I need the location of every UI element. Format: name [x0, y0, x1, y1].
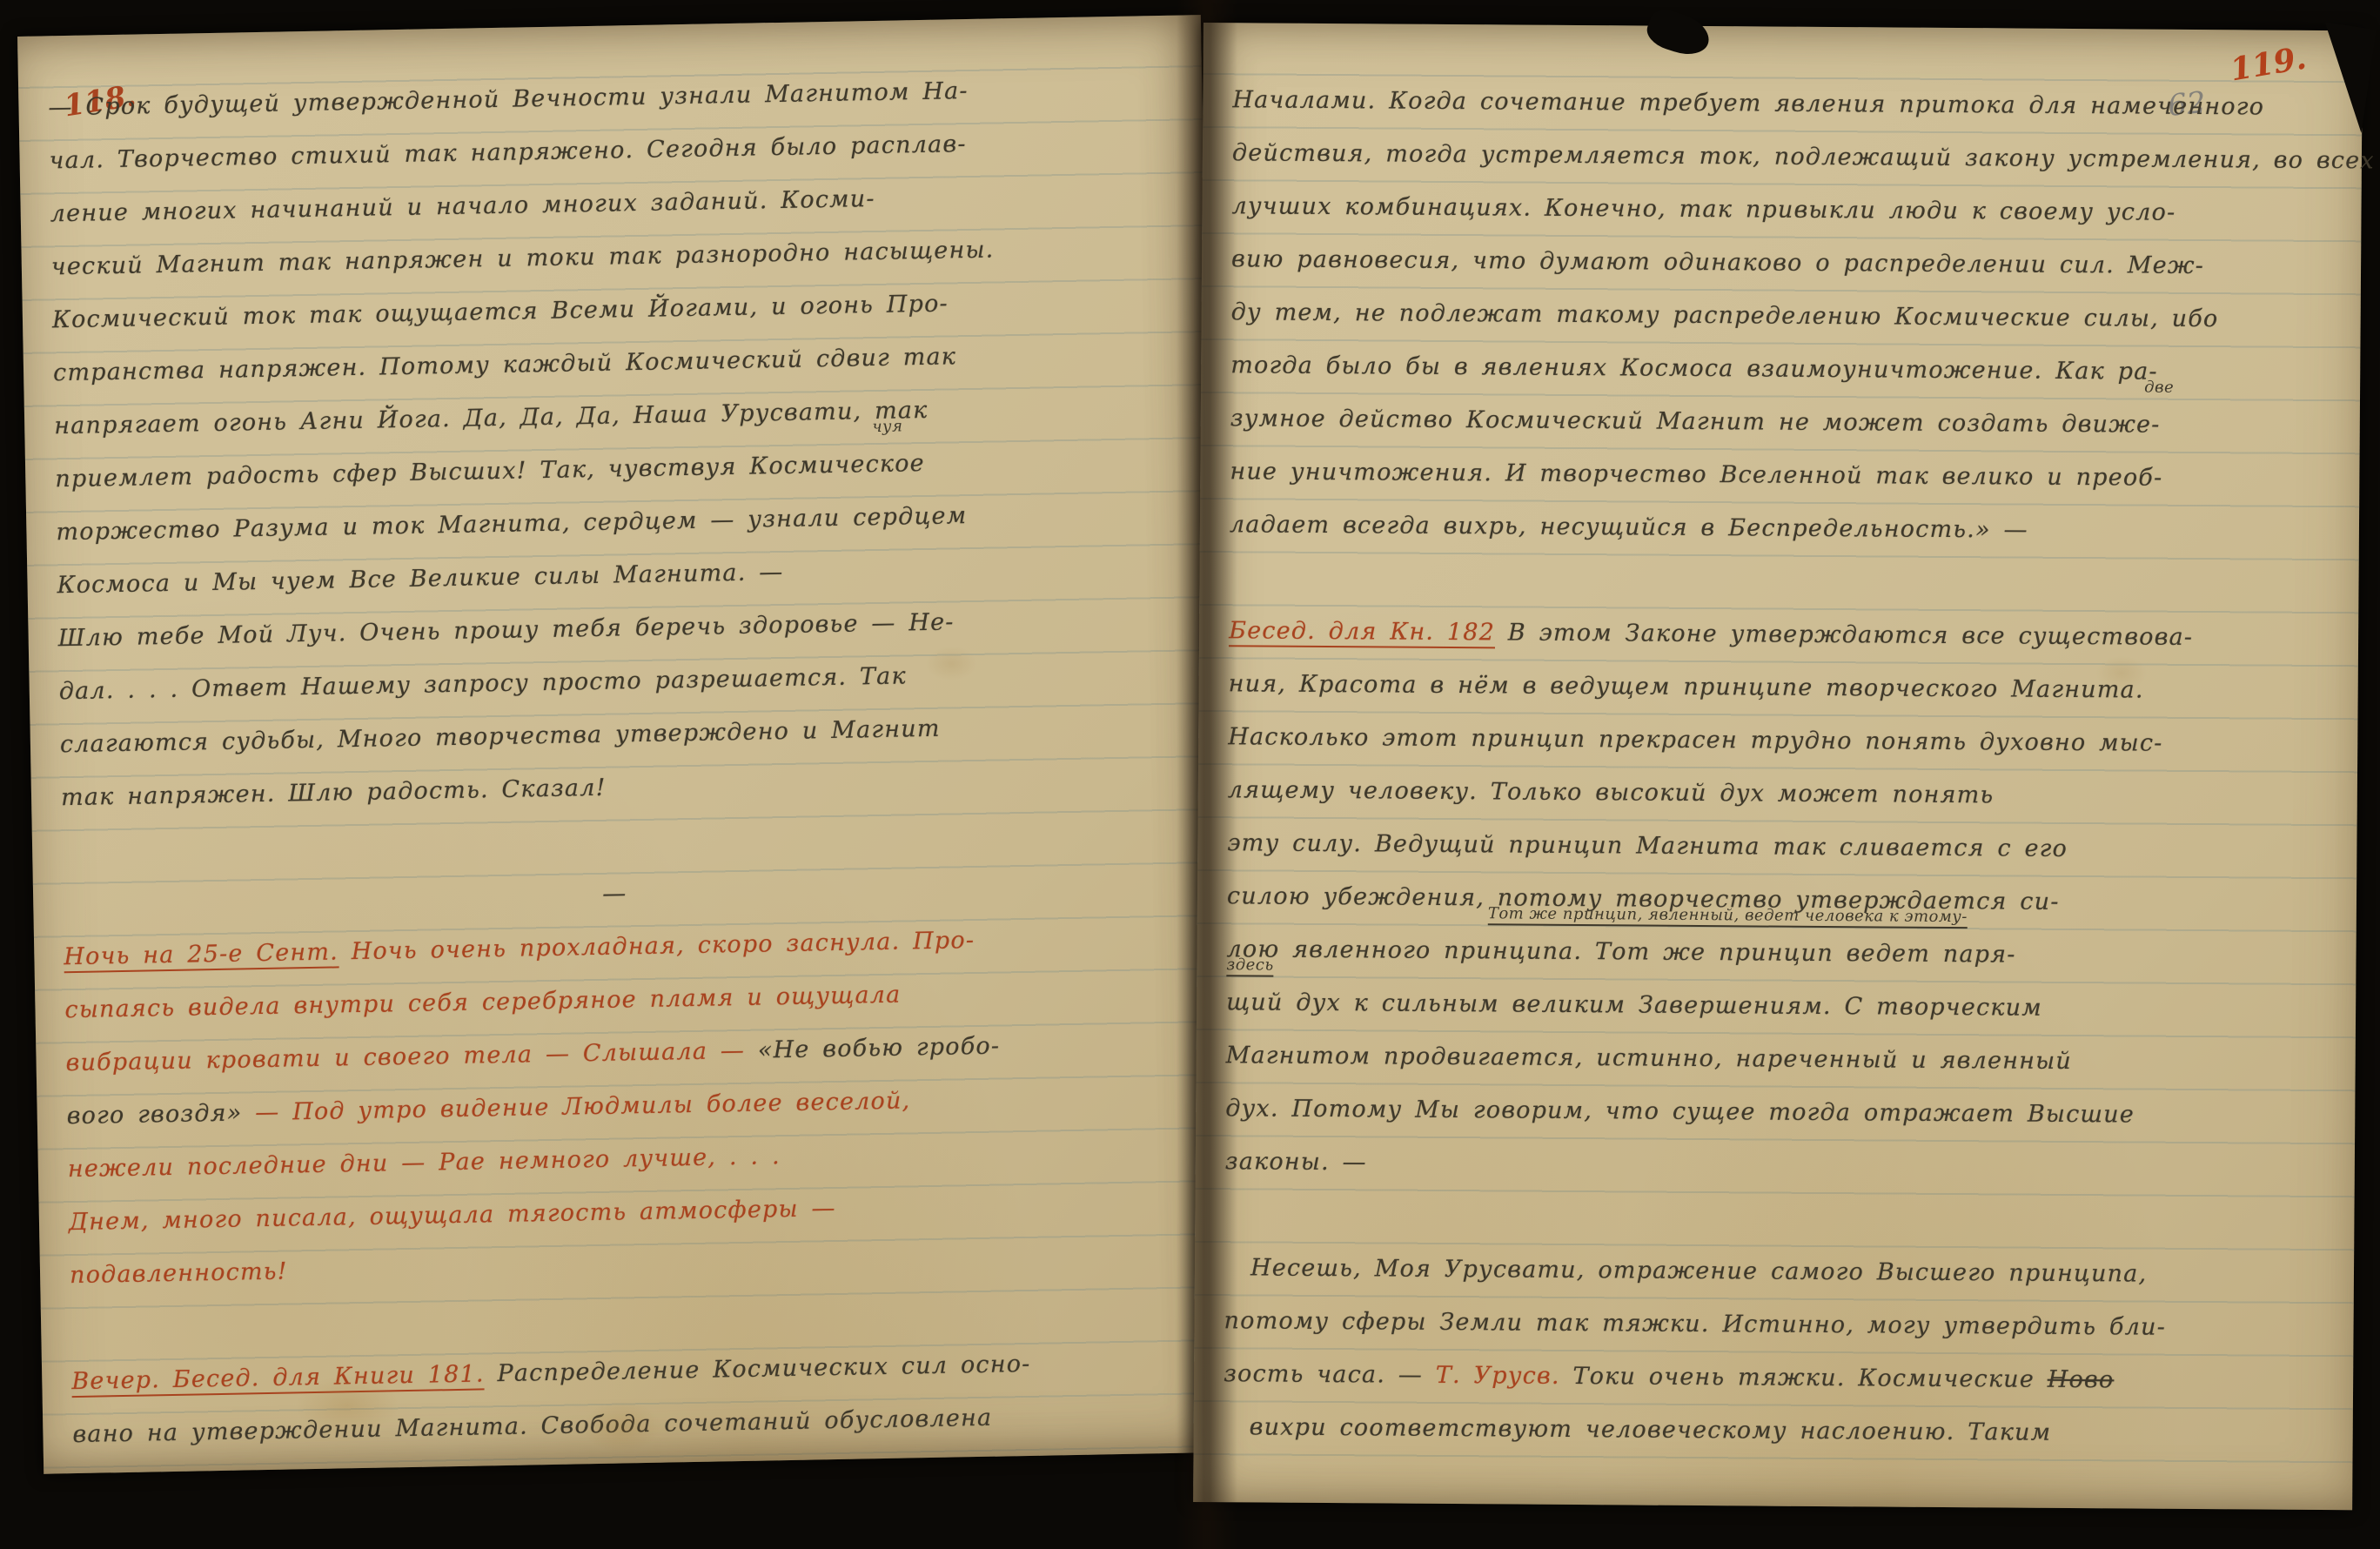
ink-segment: лою явленного принципа. Тот же принцип в…: [1226, 935, 2015, 968]
ink-segment: сыпаясь видела внутри себя серебряное пл…: [64, 982, 901, 1024]
ink-segment: чал. Творчество стихий так напряжено. Се…: [49, 131, 967, 174]
scan-background: 118. — Срок будущей утвержденной Вечност…: [0, 0, 2380, 1549]
manuscript-line: лою явленного принципа. Тот же принцип в…: [1226, 922, 2340, 983]
ink-segment: ладает всегда вихрь, несущийся в Беспред…: [1230, 511, 2028, 543]
ink-segment: так напряжен. Шлю радость. Сказал!: [61, 774, 607, 811]
ink-segment: эту силу. Ведущий принцип Магнита так сл…: [1227, 829, 2068, 862]
left-page-text: — Срок будущей утвержденной Вечности узн…: [48, 60, 1211, 1461]
ink-segment: две: [2144, 379, 2174, 397]
ink-segment: Тот же принцип, явленный, ведет человека…: [1488, 904, 1968, 929]
ink-segment: ние уничтожения. И творчество Вселенной …: [1230, 458, 2162, 491]
right-page-text: Началами. Когда сочетание требует явлени…: [1224, 73, 2347, 1461]
ink-segment: здесь: [1226, 956, 1273, 976]
ink-segment: нежели последние дни — Рае немного лучше…: [68, 1143, 781, 1183]
ink-segment: Т. Урусв.: [1436, 1362, 1560, 1390]
manuscript-line: [1224, 1188, 2338, 1249]
manuscript-line: действия, тогда устремляется ток, подлеж…: [1232, 126, 2346, 187]
manuscript-line: щий дух к сильным великим Завершениям. С…: [1226, 976, 2340, 1036]
binding-clip-mark: [1643, 5, 1714, 61]
ink-segment: дух. Потому Мы говорим, что сущее тогда …: [1225, 1095, 2135, 1128]
left-page: 118. — Срок будущей утвержденной Вечност…: [17, 15, 1227, 1474]
ink-segment: вого гвоздя»: [66, 1099, 242, 1130]
manuscript-line: вихри соответствуют человеческому наслое…: [1250, 1400, 2337, 1461]
ink-segment: чуя: [872, 417, 902, 436]
ink-segment: — Под утро видение Людмилы более веселой…: [242, 1087, 910, 1126]
manuscript-line: лучших комбинациях. Конечно, так привыкл…: [1231, 179, 2345, 240]
ink-segment: вано на утверждении Магнита. Свобода соч…: [72, 1405, 992, 1448]
ink-segment: ду тем, не подлежат такому распределению…: [1231, 298, 2219, 332]
ink-segment: Вечер. Бесед. для Книги 181.: [71, 1360, 485, 1398]
manuscript-line: ладает всегда вихрь, несущийся в Беспред…: [1230, 498, 2343, 559]
ink-segment: Несешь, Моя Урусвати, отражение самого В…: [1250, 1254, 2147, 1287]
ink-segment: Ночь на 25-е Сент.: [64, 938, 339, 973]
manuscript-line: зость часа. — Т. Урусв. Токи очень тяжки…: [1224, 1347, 2337, 1408]
ink-segment: законы. —: [1225, 1148, 1367, 1176]
ink-segment: — Срок будущей утвержденной Вечности узн…: [48, 77, 969, 121]
manuscript-line: тогда было бы в явлениях Космоса взаимоу…: [1230, 339, 2344, 399]
ink-segment: лящему человеку. Только высокий дух може…: [1228, 776, 1995, 808]
ink-segment: Космический ток так ощущается Всеми Йога…: [52, 290, 949, 333]
ink-segment: Бесед. для Кн. 182: [1229, 617, 1495, 648]
manuscript-line: законы. —: [1225, 1135, 2339, 1196]
manuscript-line: зумное действо Космический Магнит не мож…: [1230, 392, 2344, 453]
manuscript-line: Насколько этот принцип прекрасен трудно …: [1228, 710, 2342, 771]
ink-segment: Насколько этот принцип прекрасен трудно …: [1228, 723, 2163, 756]
ink-segment: действия, тогда устремляется ток, подлеж…: [1232, 139, 2375, 174]
ink-segment: странства напряжен. Потому каждый Космич…: [53, 343, 957, 386]
manuscript-line: ния, Красота в нём в ведущем принципе тв…: [1228, 657, 2342, 718]
ink-segment: ния, Красота в нём в ведущем принципе тв…: [1229, 670, 2144, 703]
ink-segment: зумное действо Космический Магнит не мож…: [1230, 405, 2161, 438]
ink-segment: слагаются судьбы, Много творчества утвер…: [60, 715, 941, 759]
ink-segment: Днем, много писала, ощущала тягость атмо…: [69, 1195, 836, 1236]
ink-segment: Шлю тебе Мой Луч. Очень прошу тебя береч…: [57, 608, 954, 652]
right-page: 119. 62 Началами. Когда сочетание требуе…: [1193, 23, 2363, 1510]
manuscript-line: ние уничтожения. И творчество Вселенной …: [1230, 445, 2343, 506]
ink-segment: подавленность!: [70, 1258, 288, 1290]
ink-segment: торжество Разума и ток Магнита, сердцем …: [56, 502, 967, 546]
ink-segment: Распределение Космических сил осно-: [484, 1351, 1030, 1388]
manuscript-line: Началами. Когда сочетание требует явлени…: [1232, 73, 2346, 134]
manuscript-line: потому сферы Земли так тяжки. Истинно, м…: [1224, 1294, 2337, 1355]
ink-segment: вию равновесия, что думают одинаково о р…: [1231, 245, 2204, 279]
manuscript-line: вию равновесия, что думают одинаково о р…: [1231, 232, 2345, 293]
ink-segment: дал. . . . Ответ Нашему запросу просто р…: [59, 662, 908, 705]
ink-segment: ческий Магнит так напряжен и токи так ра…: [51, 236, 995, 280]
ink-segment: —: [602, 880, 627, 908]
ink-segment: Магнитом продвигается, истинно, нареченн…: [1226, 1042, 2072, 1075]
manuscript-line: [1229, 551, 2343, 612]
manuscript-line: ду тем, не подлежат такому распределению…: [1230, 285, 2344, 346]
manuscript-line: лящему человеку. Только высокий дух може…: [1228, 763, 2342, 824]
ink-segment: щий дух к сильным великим Завершениям. С…: [1226, 989, 2042, 1022]
ink-segment: лучших комбинациях. Конечно, так привыкл…: [1231, 192, 2176, 226]
ink-segment: Космоса и Мы чуем Все Великие силы Магни…: [57, 559, 783, 599]
ink-segment: приемлет радость сфер Высших! Так, чувст…: [55, 450, 925, 493]
manuscript-line: эту силу. Ведущий принцип Магнита так сл…: [1227, 816, 2341, 877]
ink-segment: Токи очень тяжки. Космические: [1560, 1363, 2048, 1393]
manuscript-line: дух. Потому Мы говорим, что сущее тогда …: [1225, 1082, 2339, 1143]
manuscript-line: Магнитом продвигается, истинно, нареченн…: [1226, 1029, 2340, 1090]
ink-segment: Началами. Когда сочетание требует явлени…: [1232, 86, 2264, 120]
ink-segment: тогда было бы в явлениях Космоса взаимоу…: [1230, 352, 2158, 385]
scanned-diary-spread: { "document": { "kind": "handwritten dia…: [0, 0, 2380, 1549]
ink-segment: вихри соответствуют человеческому наслое…: [1250, 1413, 2052, 1445]
ink-segment: ление многих начинаний и начало многих з…: [50, 185, 875, 227]
ink-segment: В этом Законе утверждаются все существов…: [1495, 619, 2193, 651]
ink-segment: потому сферы Земли так тяжки. Истинно, м…: [1224, 1307, 2166, 1341]
ink-segment: зость часа. —: [1224, 1360, 1436, 1389]
manuscript-line: Несешь, Моя Урусвати, отражение самого В…: [1250, 1241, 2338, 1302]
ink-segment: «Не вобью гробо-: [758, 1033, 1001, 1064]
ink-segment: напрягает огонь Агни Йога. Да, Да, Да, Н…: [54, 397, 929, 439]
ink-segment: Ново: [2048, 1366, 2115, 1394]
ink-segment: вибрации кровати и своего тела — Слышала…: [65, 1037, 758, 1077]
manuscript-line: Бесед. для Кн. 182 В этом Законе утвержд…: [1229, 604, 2343, 665]
ink-segment: Ночь очень прохладная, скоро заснула. Пр…: [339, 927, 975, 965]
